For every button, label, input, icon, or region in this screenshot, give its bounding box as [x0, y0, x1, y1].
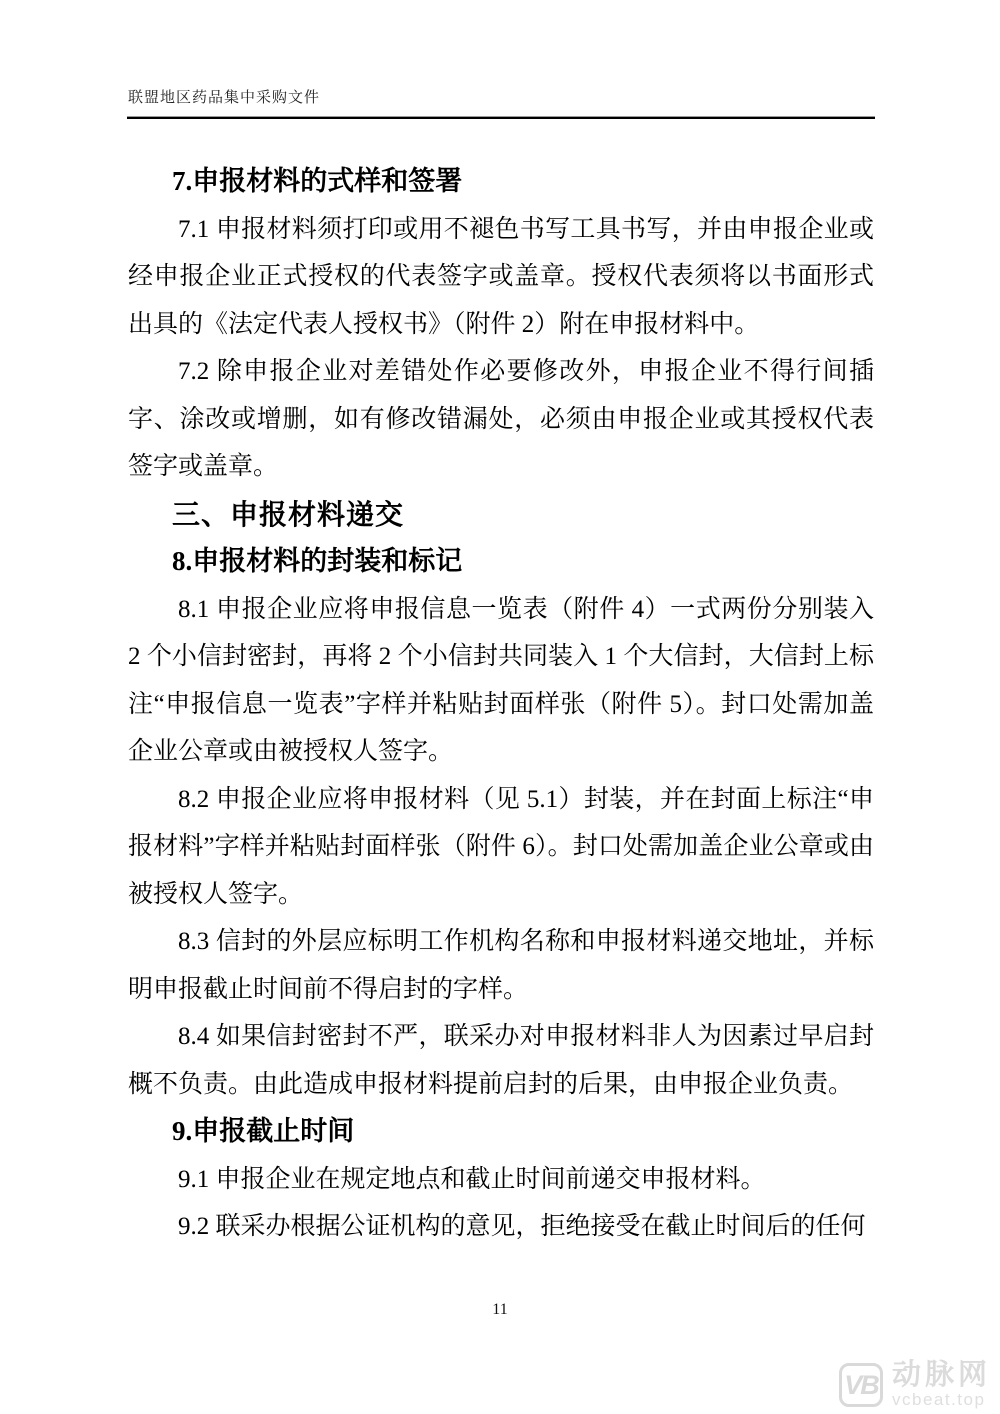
paragraph-8-3: 8.3 信封的外层应标明工作机构名称和申报材料递交地址，并标明申报截止时间前不得…: [128, 918, 874, 1013]
header-title: 联盟地区药品集中采购文件: [128, 86, 320, 107]
section-heading-7: 7.申报材料的式样和签署: [128, 158, 874, 206]
header-rule: [127, 116, 875, 119]
paragraph-7-2: 7.2 除申报企业对差错处作必要修改外，申报企业不得行间插字、涂改或增删，如有修…: [128, 348, 874, 491]
vb-logo-icon: VB: [839, 1363, 883, 1407]
section-heading-9: 9.申报截止时间: [128, 1108, 874, 1156]
document-body: 7.申报材料的式样和签署 7.1 申报材料须打印或用不褪色书写工具书写，并由申报…: [128, 158, 874, 1251]
paragraph-9-2: 9.2 联采办根据公证机构的意见，拒绝接受在截止时间后的任何: [128, 1203, 874, 1251]
paragraph-7-1: 7.1 申报材料须打印或用不褪色书写工具书写，并由申报企业或经申报企业正式授权的…: [128, 206, 874, 349]
section-heading-8: 8.申报材料的封装和标记: [128, 538, 874, 586]
page-number: 11: [0, 1301, 1000, 1319]
paragraph-9-1: 9.1 申报企业在规定地点和截止时间前递交申报材料。: [128, 1156, 874, 1204]
vb-logo-text: VB: [844, 1370, 878, 1401]
watermark: VB 动脉网 vcbeat.top: [839, 1361, 991, 1409]
paragraph-8-1: 8.1 申报企业应将申报信息一览表（附件 4）一式两份分别装入 2 个小信封密封…: [128, 586, 874, 776]
watermark-text-column: 动脉网 vcbeat.top: [892, 1361, 991, 1409]
paragraph-8-4: 8.4 如果信封密封不严，联采办对申报材料非人为因素过早启封概不负责。由此造成申…: [128, 1013, 874, 1108]
watermark-domain: vcbeat.top: [892, 1390, 991, 1409]
chapter-heading-3: 三、申报材料递交: [128, 491, 874, 539]
paragraph-8-2: 8.2 申报企业应将申报材料（见 5.1）封装，并在封面上标注“申报材料”字样并…: [128, 776, 874, 919]
watermark-brand: 动脉网: [892, 1361, 991, 1390]
